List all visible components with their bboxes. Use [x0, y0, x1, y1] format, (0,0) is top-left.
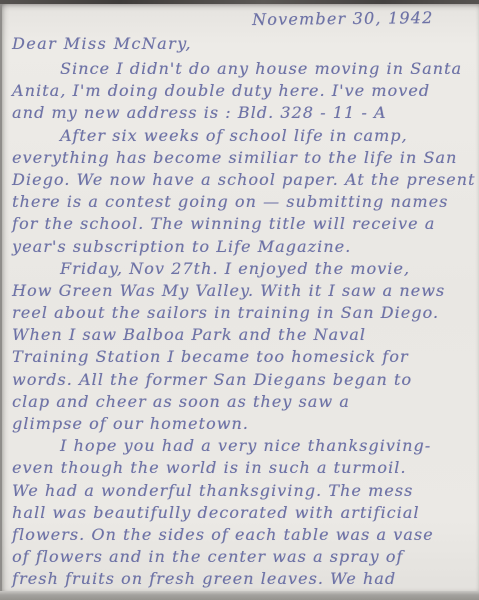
letter-line: of flowers and in the center was a spray…	[12, 547, 475, 569]
letter-line: Diego. We now have a school paper. At th…	[12, 170, 475, 192]
letter-line: there is a contest going on — submitting…	[12, 192, 475, 214]
letter-line: and my new address is : Bld. 328 - 11 - …	[12, 103, 475, 125]
letter-line: After six weeks of school life in camp,	[12, 126, 475, 148]
letter-line: everything has become similiar to the li…	[12, 148, 475, 170]
scan-edge-top	[0, 0, 479, 4]
letter-body: Since I didn't do any house moving in Sa…	[12, 59, 475, 592]
letter-line: Training Station I became too homesick f…	[12, 347, 475, 369]
letter-line: Friday, Nov 27th. I enjoyed the movie,	[12, 259, 475, 281]
letter-salutation: Dear Miss McNary,	[12, 34, 192, 53]
letter-line: We had a wonderful thanksgiving. The mes…	[12, 481, 475, 503]
letter-line: year's subscription to Life Magazine.	[12, 237, 475, 259]
letter-line: Since I didn't do any house moving in Sa…	[12, 59, 475, 81]
letter-paper: November 30, 1942 Dear Miss McNary, Sinc…	[2, 4, 479, 591]
scanned-letter: { "colors": { "paper": "#e9e7e3", "ink":…	[0, 0, 479, 600]
scan-edge-bottom	[0, 591, 479, 600]
letter-line: Anita, I'm doing double duty here. I've …	[12, 81, 475, 103]
letter-line: words. All the former San Diegans began …	[12, 370, 475, 392]
letter-line: reel about the sailors in training in Sa…	[12, 303, 475, 325]
letter-line: hall was beautifully decorated with arti…	[12, 503, 475, 525]
letter-line: I hope you had a very nice thanksgiving-	[12, 436, 475, 458]
letter-line: fresh fruits on fresh green leaves. We h…	[12, 569, 475, 591]
letter-line: even though the world is in such a turmo…	[12, 458, 475, 480]
letter-line: for the school. The winning title will r…	[12, 214, 475, 236]
letter-line: flowers. On the sides of each table was …	[12, 525, 475, 547]
letter-line: clap and cheer as soon as they saw a	[12, 392, 475, 414]
letter-line: When I saw Balboa Park and the Naval	[12, 325, 475, 347]
letter-line: glimpse of our hometown.	[12, 414, 475, 436]
letter-date: November 30, 1942	[251, 8, 433, 29]
letter-line: How Green Was My Valley. With it I saw a…	[12, 281, 475, 303]
